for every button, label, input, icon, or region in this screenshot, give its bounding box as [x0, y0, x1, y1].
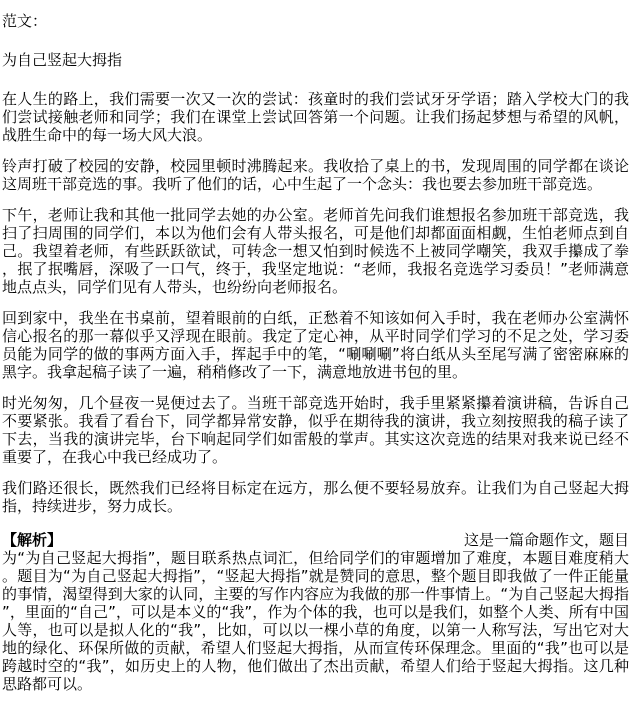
essay-paragraph-writing: 回到家中，我坐在书桌前，望着眼前的白纸，正愁着不知该如何入手时，我在老师办公室满… — [2, 309, 629, 381]
analysis-first-line: 【解析】 这是一篇命题作文，题目 — [2, 531, 629, 549]
analysis-intro-text: 这是一篇命题作文，题目 — [464, 531, 629, 549]
sample-essay-label: 范文： — [2, 12, 629, 30]
essay-paragraph-conclusion: 我们路还很长，既然我们已经将目标定在远方，那么便不要轻易放弃。让我们为自己竖起大… — [2, 479, 629, 515]
essay-paragraph-speech: 时光匆匆，几个昼夜一晃便过去了。当班干部竞选开始时，我手里紧紧攥着演讲稿，告诉自… — [2, 394, 629, 466]
essay-paragraph-bell: 铃声打破了校园的安静，校园里顿时沸腾起来。我收拾了桌上的书，发现周围的同学都在谈… — [2, 157, 629, 193]
page: { "page": { "background": "#ffffff", "te… — [0, 0, 630, 703]
analysis-body-text: 为“为自己竖起大拇指”，题目联系热点词汇，但给同学们的审题增加了难度，本题目难度… — [2, 549, 629, 693]
analysis-label: 【解析】 — [2, 531, 62, 549]
essay-paragraph-office: 下午，老师让我和其他一批同学去她的办公室。老师首先问我们谁想报名参加班干部竞选，… — [2, 206, 629, 296]
essay-paragraph-intro: 在人生的路上，我们需要一次又一次的尝试：孩童时的我们尝试牙牙学语；踏入学校大门的… — [2, 90, 629, 144]
document: 范文： 为自己竖起大拇指 在人生的路上，我们需要一次又一次的尝试：孩童时的我们尝… — [0, 0, 630, 703]
analysis-section: 【解析】 这是一篇命题作文，题目 为“为自己竖起大拇指”，题目联系热点词汇，但给… — [2, 531, 629, 693]
essay-title: 为自己竖起大拇指 — [2, 51, 629, 69]
